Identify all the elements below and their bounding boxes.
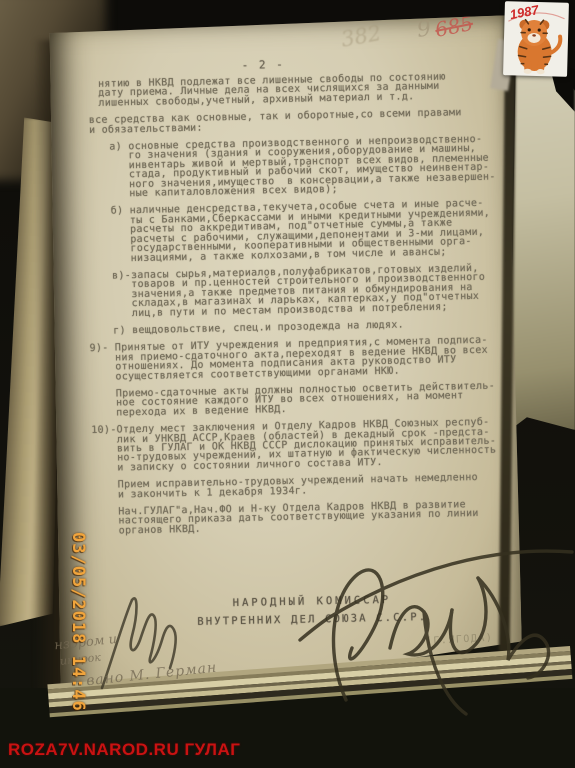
paragraph-item-g: г) вещдовольствие, спец.и прозодежда на …	[113, 318, 503, 336]
photo-of-archival-document: - 2 - 382 9 685 нятию в НКВД подлежат вс…	[0, 0, 575, 768]
paragraph-item-10: 10)-Отделу мест заключения и Отделу Кадр…	[91, 418, 506, 474]
paragraph: Прием исправительно-трудовых учреждений …	[92, 473, 506, 500]
tiger-sticker: 1987	[503, 1, 569, 77]
typewritten-text-block: нятию в НКВД подлежат все лишенные свобо…	[84, 71, 508, 544]
camera-timestamp: 03/05/2018 14:46	[68, 532, 88, 712]
typed-signature-name: (Г.ЯГОДА)	[426, 633, 494, 648]
pencil-number-382: 382	[339, 21, 383, 52]
page-number: - 2 -	[242, 58, 285, 72]
paragraph: Приемо-сдаточные акты должны полностью о…	[90, 381, 505, 418]
commissar-line-1: НАРОДНЫЙ КОМИССАР	[167, 592, 457, 610]
paragraph-item-a: а) основные средства производственного и…	[109, 134, 500, 199]
paragraph: нятию в НКВД подлежат все лишенные свобо…	[98, 71, 499, 108]
paragraph-item-b: б) наличные денсредства,текучета,особые …	[111, 199, 502, 264]
pencil-number-9: 9	[415, 16, 432, 43]
document-page: - 2 - 382 9 685 нятию в НКВД подлежат вс…	[45, 15, 523, 717]
paragraph: Нач.ГУЛАГ"а,Нач.ФО и Н-ку Отдела Кадров …	[93, 499, 508, 536]
paragraph-item-v: в)-запасы сырья,материалов,полуфабрикато…	[112, 263, 503, 318]
site-watermark: ROZA7V.NAROD.RU ГУЛАГ	[8, 740, 240, 760]
red-number-685-struck: 685	[433, 11, 475, 42]
paragraph-item-9: 9)- Принятые от ИТУ учреждения и предпри…	[90, 336, 505, 382]
paragraph: все средства как основные, так и оборотн…	[89, 108, 499, 135]
